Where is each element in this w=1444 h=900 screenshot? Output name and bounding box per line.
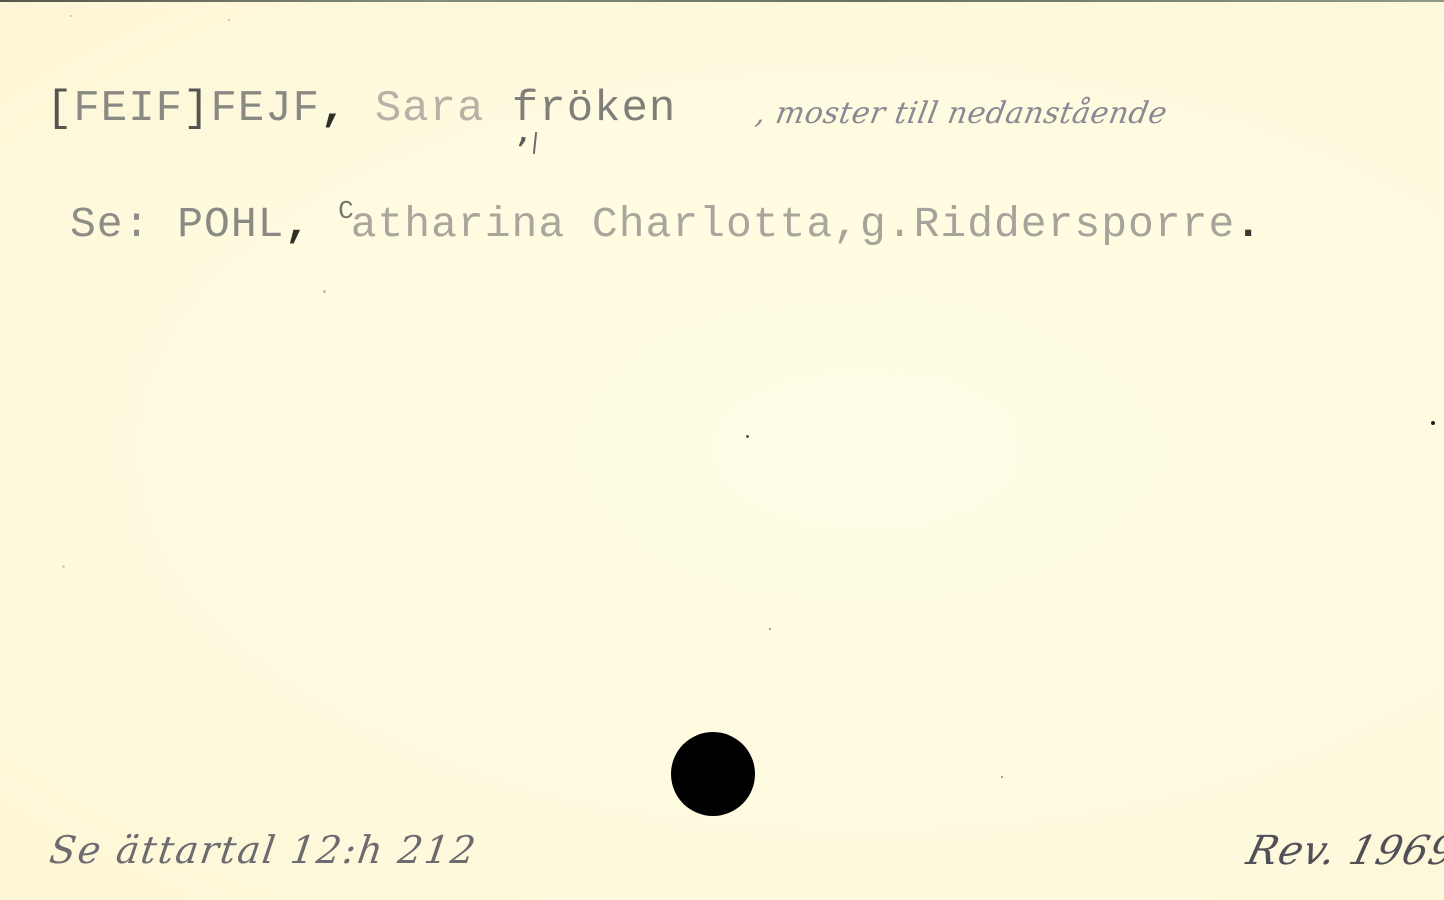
paper-speck bbox=[70, 15, 72, 17]
paper-speck bbox=[62, 565, 65, 568]
insertion-stroke bbox=[533, 132, 537, 154]
card-heading: [FEIF]FEJF, Sara fröken bbox=[46, 84, 676, 134]
given-name: Sara bbox=[375, 84, 485, 134]
surname: FEJF bbox=[210, 84, 320, 134]
alternate-spelling: FEIF bbox=[73, 84, 183, 134]
punch-hole bbox=[671, 732, 755, 816]
paper-speck bbox=[769, 628, 771, 630]
footer-note-left: Se ättartal 12:h 212 bbox=[47, 828, 480, 872]
reference-surname: POHL bbox=[177, 200, 284, 249]
reference-given-name: atharina Charlotta bbox=[351, 200, 833, 249]
paper-speck bbox=[1431, 421, 1435, 425]
reference-period: . bbox=[1235, 200, 1262, 249]
footer-note-right: Rev. 1969 bbox=[1242, 828, 1444, 874]
paper-speck bbox=[323, 290, 326, 293]
heading-comma: , bbox=[320, 84, 347, 134]
see-reference: Se: POHL, Catharina Charlotta,g.Riddersp… bbox=[70, 186, 1262, 250]
index-card: [FEIF]FEJF, Sara fröken , , moster till … bbox=[0, 0, 1444, 900]
handwritten-note: , moster till nedanstående bbox=[753, 96, 1170, 131]
see-label: Se: bbox=[70, 200, 150, 249]
bracket-close: ] bbox=[183, 84, 210, 134]
card-top-edge bbox=[0, 0, 1444, 2]
paper-speck bbox=[746, 435, 749, 438]
bracket-open: [ bbox=[46, 84, 73, 134]
paper-speck bbox=[1001, 776, 1003, 778]
reference-married-name: Riddersporre bbox=[914, 200, 1236, 249]
reference-comma: , bbox=[284, 200, 311, 249]
reference-married-prefix: ,g. bbox=[833, 200, 913, 249]
paper-speck bbox=[228, 19, 230, 21]
title: fröken bbox=[512, 84, 676, 134]
